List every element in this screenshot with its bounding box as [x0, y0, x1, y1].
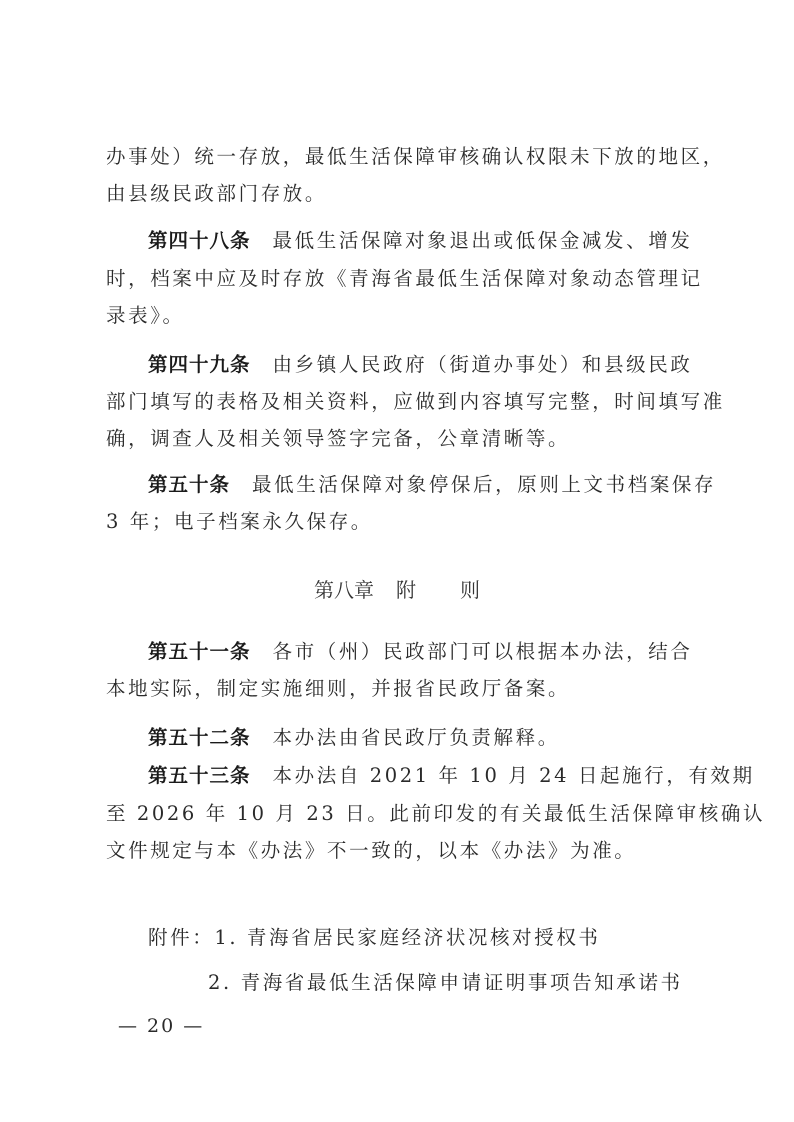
text-line: 时，档案中应及时存放《青海省最低生活保障对象动态管理记: [106, 267, 696, 291]
text-line: 确，调查人及相关领导签字完备，公章清晰等。: [106, 427, 696, 451]
document-page: 办事处）统一存放，最低生活保障审核确认权限未下放的地区， 由县级民政部门存放。 …: [0, 0, 794, 1122]
text-line: 录表》。: [106, 304, 696, 328]
article-text: 本办法自 2021 年 10 月 24 日起施行，有效期: [273, 764, 755, 787]
text-line: 部门填写的表格及相关资料，应做到内容填写完整，时间填写准: [106, 390, 696, 414]
article-number: 第五十二条: [148, 726, 251, 749]
article-52: 第五十二条本办法由省民政厅负责解释。: [148, 726, 738, 750]
article-50: 第五十条最低生活保障对象停保后，原则上文书档案保存: [148, 473, 738, 497]
article-text: 最低生活保障对象退出或低保金减发、增发: [273, 229, 693, 252]
attachments-label: 附件：: [148, 926, 214, 949]
article-51: 第五十一条各市（州）民政部门可以根据本办法，结合: [148, 640, 738, 664]
article-text: 由乡镇人民政府（街道办事处）和县级民政: [273, 353, 693, 376]
article-48: 第四十八条最低生活保障对象退出或低保金减发、增发: [148, 229, 738, 253]
text-line: 至 2026 年 10 月 23 日。此前印发的有关最低生活保障审核确认: [106, 802, 696, 826]
page-number: — 20 —: [118, 1015, 204, 1037]
text-line: 3 年；电子档案永久保存。: [106, 510, 696, 534]
attachment-item-2: 2. 青海省最低生活保障申请证明事项告知承诺书: [208, 971, 794, 995]
chapter-number: 第八章: [314, 578, 374, 602]
article-number: 第五十三条: [148, 764, 251, 787]
article-text: 本办法由省民政厅负责解释。: [273, 726, 560, 749]
text-line: 文件规定与本《办法》不一致的，以本《办法》为准。: [106, 839, 696, 863]
article-text: 最低生活保障对象停保后，原则上文书档案保存: [252, 473, 716, 496]
article-text: 各市（州）民政部门可以根据本办法，结合: [273, 640, 693, 663]
attachment-title: 1. 青海省居民家庭经济状况核对授权书: [214, 926, 600, 949]
chapter-heading: 第八章附则: [0, 578, 794, 602]
text-line: 由县级民政部门存放。: [106, 182, 696, 206]
article-49: 第四十九条由乡镇人民政府（街道办事处）和县级民政: [148, 353, 738, 377]
chapter-title-part2: 则: [460, 578, 480, 602]
article-53: 第五十三条本办法自 2021 年 10 月 24 日起施行，有效期: [148, 764, 738, 788]
article-number: 第五十一条: [148, 640, 251, 663]
chapter-title-part1: 附: [396, 578, 416, 602]
article-number: 第五十条: [148, 473, 230, 496]
text-line: 办事处）统一存放，最低生活保障审核确认权限未下放的地区，: [106, 145, 696, 169]
text-line: 本地实际，制定实施细则，并报省民政厅备案。: [106, 677, 696, 701]
attachment-item-1: 附件：1. 青海省居民家庭经济状况核对授权书: [148, 926, 738, 950]
article-number: 第四十九条: [148, 353, 251, 376]
article-number: 第四十八条: [148, 229, 251, 252]
